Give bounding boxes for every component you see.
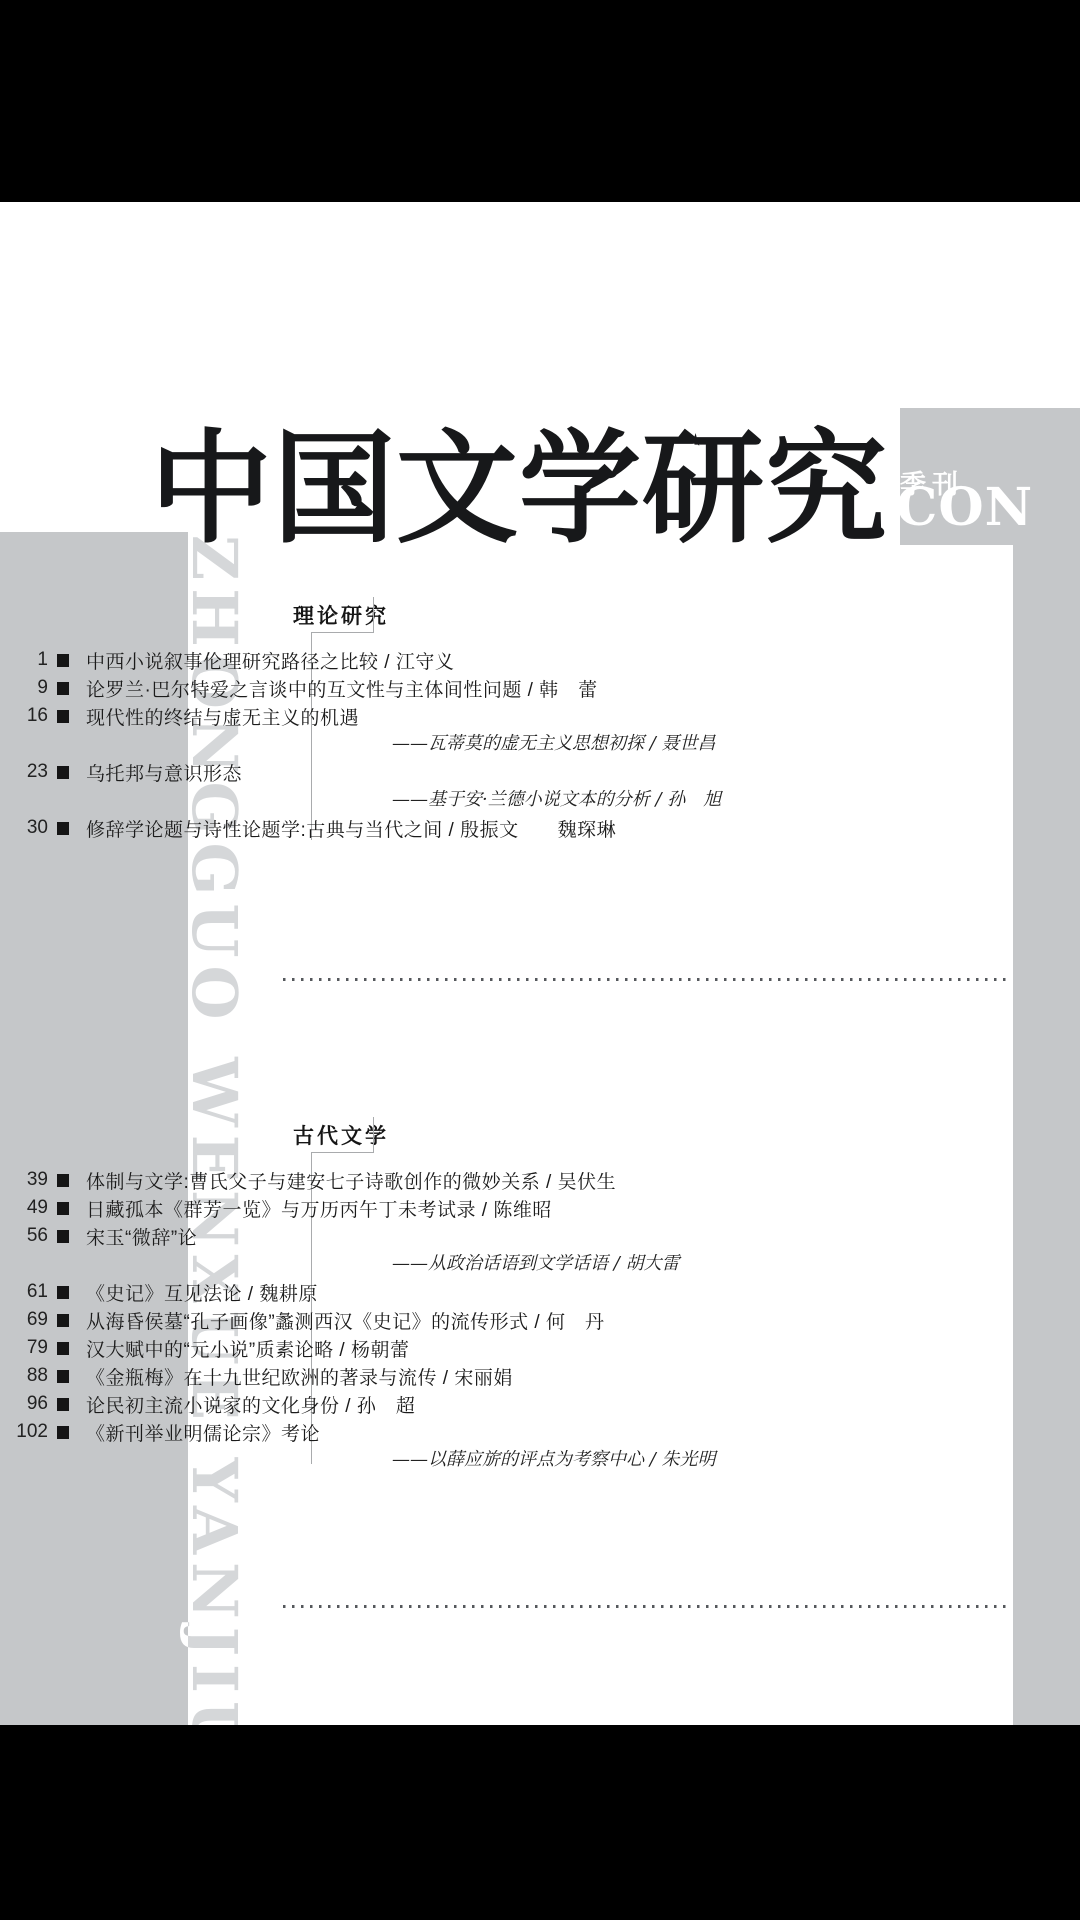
- entry-page-number: 49: [0, 1197, 48, 1219]
- entry-list: 39体制与文学:曹氏父子与建安七子诗歌创作的微妙关系 / 吴伏生49日藏孤本《群…: [0, 1166, 1080, 1474]
- entry-subtitle: ——瓦蒂莫的虚无主义思想初探 / 聂世昌: [0, 730, 1080, 758]
- black-square-bullet-icon: [57, 1398, 69, 1411]
- entry-page-number: 61: [0, 1281, 48, 1303]
- section-rule-vertical-short: [373, 597, 374, 632]
- section-rule-horizontal: [311, 632, 374, 633]
- entry-title: 现代性的终结与虚无主义的机遇: [86, 703, 359, 730]
- entry-title: 从海昏侯墓“孔子画像”蠡测西汉《史记》的流传形式 / 何 丹: [86, 1307, 605, 1334]
- toc-entry: 79汉大赋中的“元小说”质素论略 / 杨朝蕾: [0, 1334, 1080, 1362]
- black-square-bullet-icon: [57, 1342, 69, 1355]
- section-rule-vertical-short: [373, 1117, 374, 1152]
- section-rule-horizontal: [311, 1152, 374, 1153]
- black-square-bullet-icon: [57, 654, 69, 667]
- toc-entry: 30修辞学论题与诗性论题学:古典与当代之间 / 殷振文 魏琛琳: [0, 814, 1080, 842]
- entry-title: 论民初主流小说家的文化身份 / 孙 超: [86, 1391, 415, 1418]
- entry-page-number: 88: [0, 1365, 48, 1387]
- black-square-bullet-icon: [57, 1314, 69, 1327]
- journal-contents-page: { "masthead": { "journal_title": "中国文学研究…: [0, 0, 1080, 1920]
- bottom-letterbox-bar: [0, 1725, 1080, 1920]
- entry-page-number: 69: [0, 1309, 48, 1331]
- entry-title: 论罗兰·巴尔特爱之言谈中的互文性与主体间性问题 / 韩 蕾: [86, 675, 598, 702]
- black-square-bullet-icon: [57, 1426, 69, 1439]
- toc-entry: 56宋玉“微辞”论: [0, 1222, 1080, 1250]
- black-square-bullet-icon: [57, 1174, 69, 1187]
- entry-title: 《新刊举业明儒论宗》考论: [86, 1419, 320, 1446]
- toc-entry: 16现代性的终结与虚无主义的机遇: [0, 702, 1080, 730]
- black-square-bullet-icon: [57, 1202, 69, 1215]
- toc-entry: 1中西小说叙事伦理研究路径之比较 / 江守义: [0, 646, 1080, 674]
- entry-page-number: 23: [0, 761, 48, 783]
- black-square-bullet-icon: [57, 1230, 69, 1243]
- entry-title: 日藏孤本《群芳一览》与万历丙午丁未考试录 / 陈维昭: [86, 1195, 552, 1222]
- entry-page-number: 39: [0, 1169, 48, 1191]
- toc-entry: 102《新刊举业明儒论宗》考论: [0, 1418, 1080, 1446]
- entry-title: 乌托邦与意识形态: [86, 759, 242, 786]
- entry-title: 修辞学论题与诗性论题学:古典与当代之间 / 殷振文 魏琛琳: [86, 815, 616, 842]
- entry-title: 体制与文学:曹氏父子与建安七子诗歌创作的微妙关系 / 吴伏生: [86, 1167, 616, 1194]
- black-square-bullet-icon: [57, 822, 69, 835]
- contents-label: CON: [896, 482, 1033, 534]
- black-square-bullet-icon: [57, 1370, 69, 1383]
- entry-title: 汉大赋中的“元小说”质素论略 / 杨朝蕾: [86, 1335, 410, 1362]
- toc-entry: 49日藏孤本《群芳一览》与万历丙午丁未考试录 / 陈维昭: [0, 1194, 1080, 1222]
- black-square-bullet-icon: [57, 682, 69, 695]
- entry-page-number: 56: [0, 1225, 48, 1247]
- toc-entry: 9论罗兰·巴尔特爱之言谈中的互文性与主体间性问题 / 韩 蕾: [0, 674, 1080, 702]
- top-letterbox-bar: [0, 0, 1080, 202]
- dotted-separator-1: [283, 978, 1010, 981]
- entry-title: 《史记》互见法论 / 魏耕原: [86, 1279, 318, 1306]
- entry-subtitle: ——以薛应旂的评点为考察中心 / 朱光明: [0, 1446, 1080, 1474]
- black-square-bullet-icon: [57, 1286, 69, 1299]
- journal-title-calligraphy: 中国文学研究: [150, 418, 910, 558]
- entry-subtitle: ——从政治话语到文学话语 / 胡大雷: [0, 1250, 1080, 1278]
- section-title: 理论研究: [293, 600, 389, 630]
- entry-title: 《金瓶梅》在十九世纪欧洲的著录与流传 / 宋丽娟: [86, 1363, 513, 1390]
- entry-page-number: 1: [0, 649, 48, 671]
- entry-title: 宋玉“微辞”论: [86, 1223, 197, 1250]
- entry-page-number: 16: [0, 705, 48, 727]
- toc-entry: 69从海昏侯墓“孔子画像”蠡测西汉《史记》的流传形式 / 何 丹: [0, 1306, 1080, 1334]
- entry-title: 中西小说叙事伦理研究路径之比较 / 江守义: [86, 647, 454, 674]
- entry-page-number: 96: [0, 1393, 48, 1415]
- entry-page-number: 79: [0, 1337, 48, 1359]
- entry-page-number: 9: [0, 677, 48, 699]
- entry-page-number: 30: [0, 817, 48, 839]
- toc-entry: 23乌托邦与意识形态: [0, 758, 1080, 786]
- section-title: 古代文学: [293, 1120, 389, 1150]
- toc-entry: 88《金瓶梅》在十九世纪欧洲的著录与流传 / 宋丽娟: [0, 1362, 1080, 1390]
- toc-entry: 39体制与文学:曹氏父子与建安七子诗歌创作的微妙关系 / 吴伏生: [0, 1166, 1080, 1194]
- dotted-separator-2: [283, 1605, 1010, 1608]
- black-square-bullet-icon: [57, 710, 69, 723]
- toc-entry: 61《史记》互见法论 / 魏耕原: [0, 1278, 1080, 1306]
- entry-list: 1中西小说叙事伦理研究路径之比较 / 江守义9论罗兰·巴尔特爱之言谈中的互文性与…: [0, 646, 1080, 842]
- entry-page-number: 102: [0, 1421, 48, 1443]
- black-square-bullet-icon: [57, 766, 69, 779]
- contents-header-block: 季刊 CON: [900, 408, 1080, 545]
- toc-entry: 96论民初主流小说家的文化身份 / 孙 超: [0, 1390, 1080, 1418]
- entry-subtitle: ——基于安·兰德小说文本的分析 / 孙 旭: [0, 786, 1080, 814]
